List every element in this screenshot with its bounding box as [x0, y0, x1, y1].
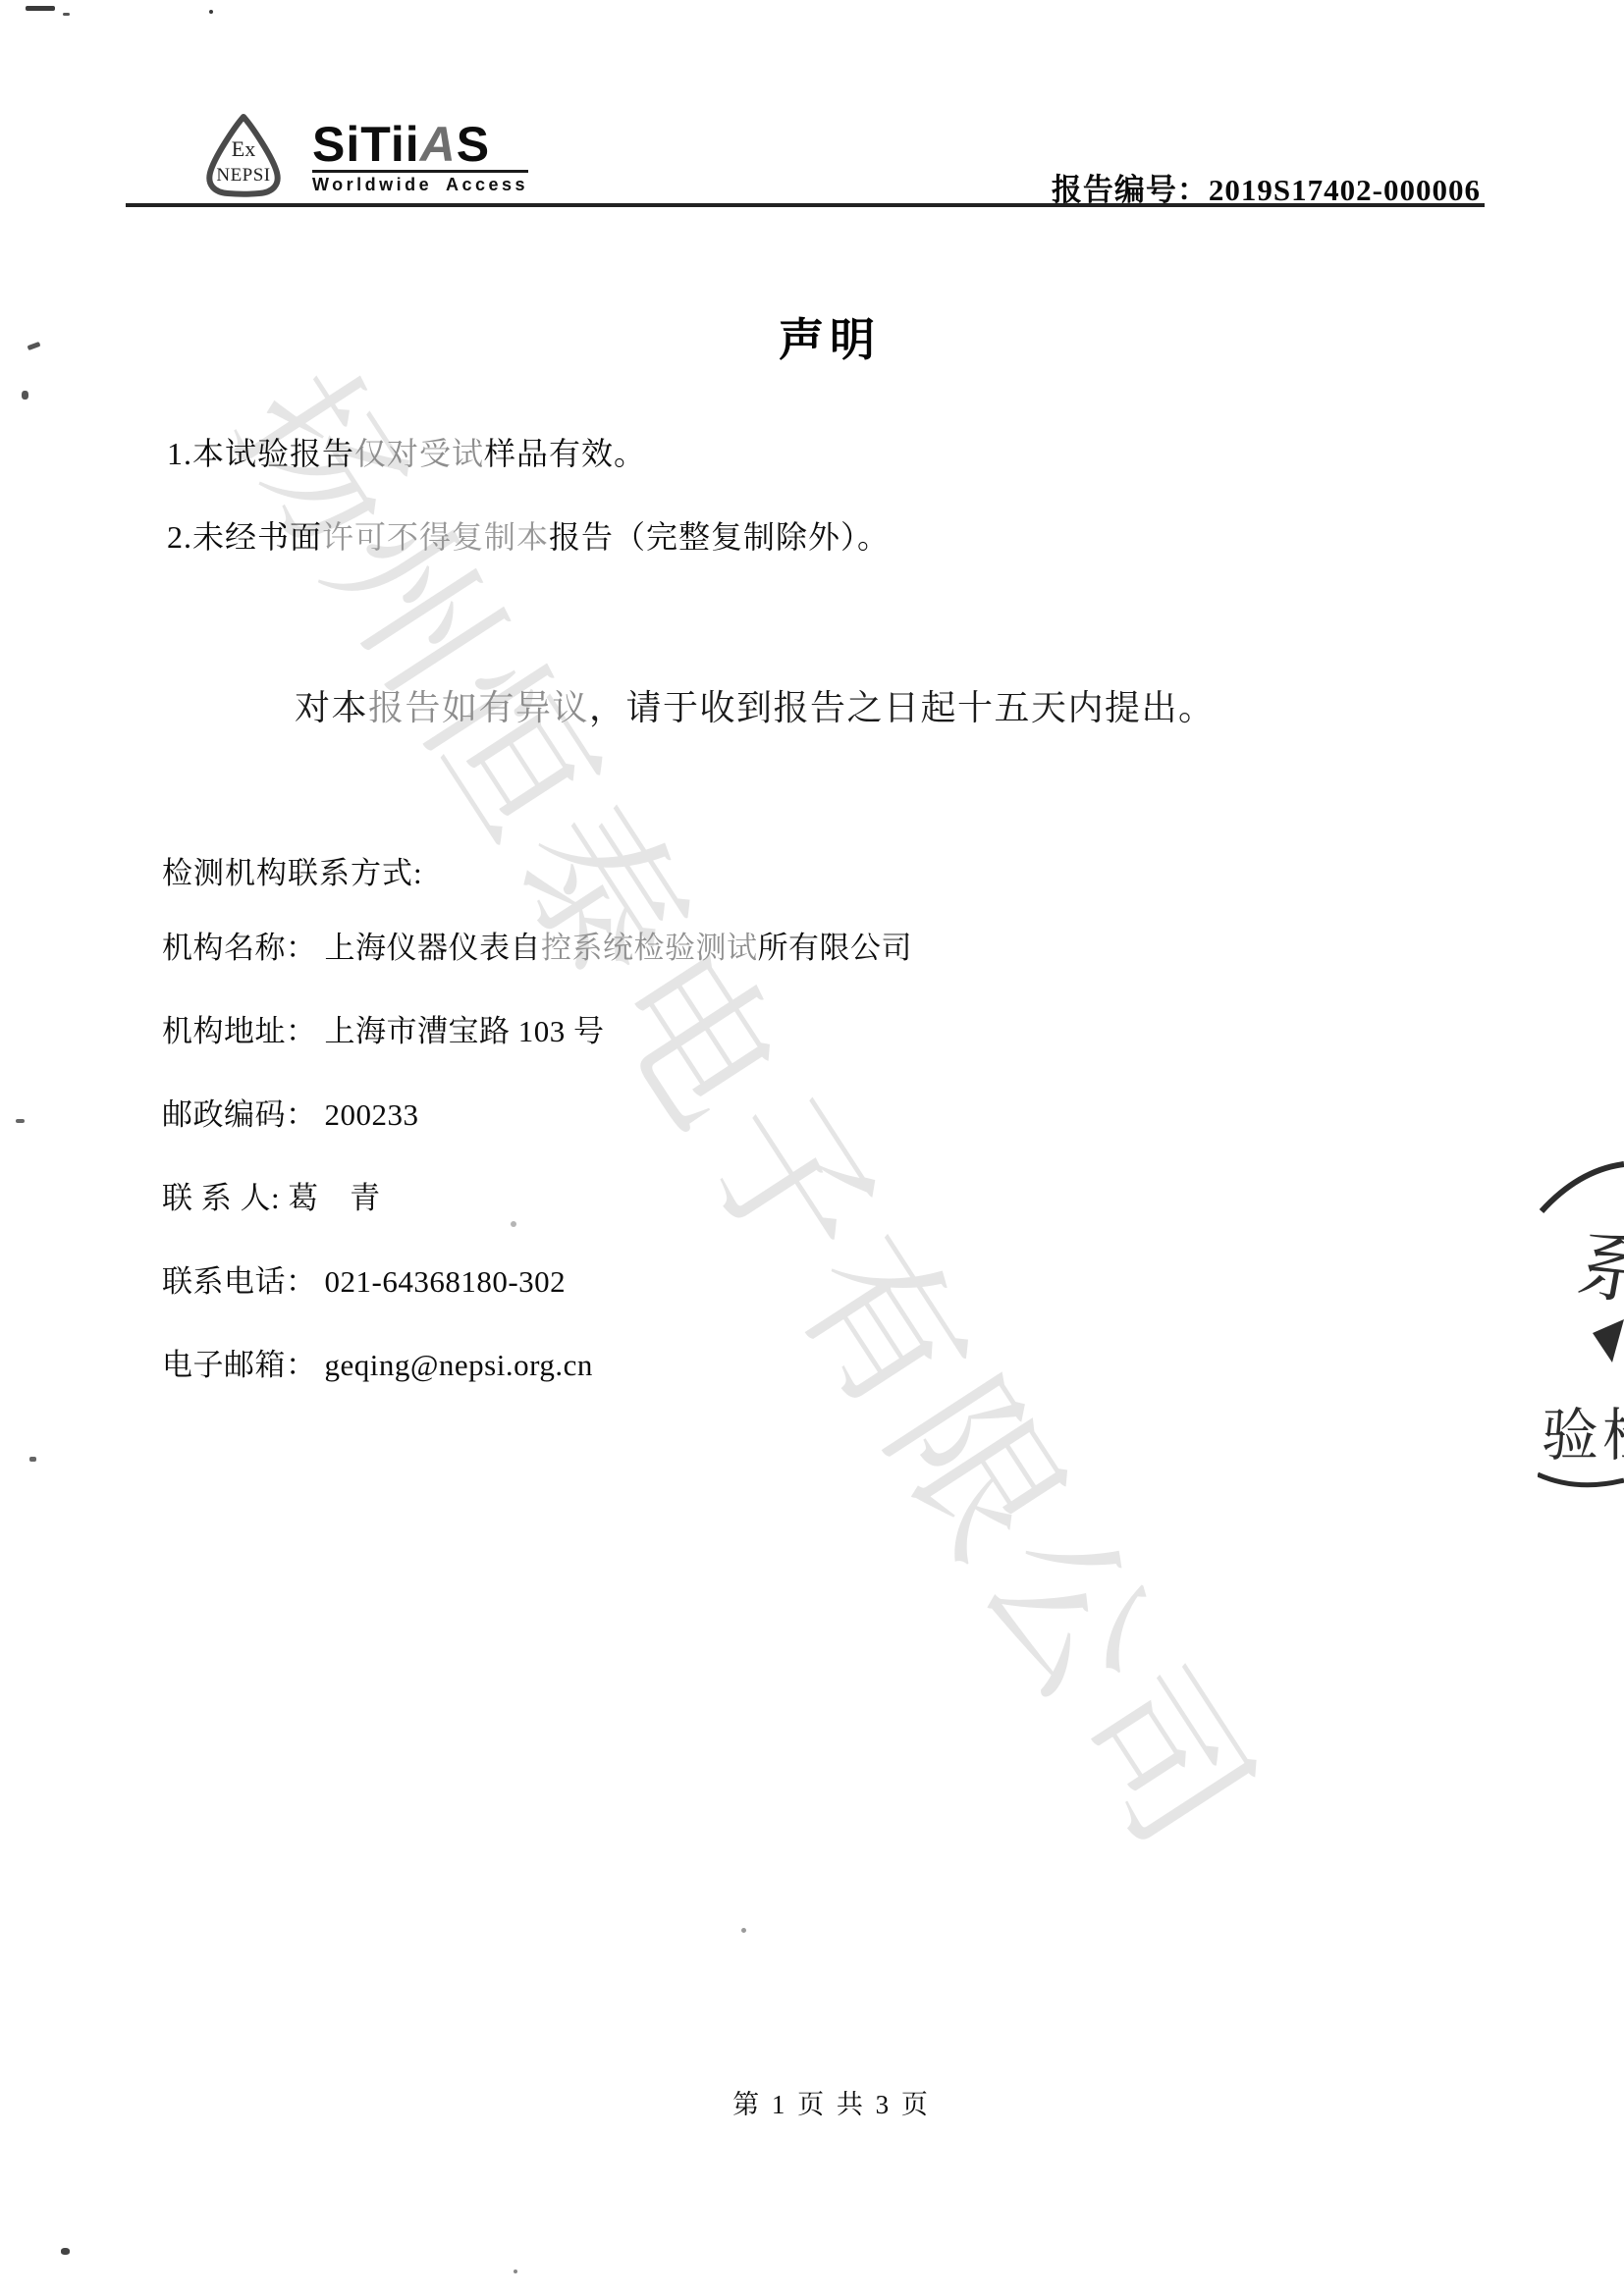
header-logo: Ex NEPSI SiTiiAS Worldwide Access: [196, 112, 528, 202]
report-declaration-page: 扬州恒泰电子有限公司 Ex NEPSI SiTiiAS Worldwide Ac…: [0, 0, 1624, 2296]
contact-heading: 检测机构联系方式:: [162, 848, 423, 892]
brand-block: SiTiiAS Worldwide Access: [312, 122, 528, 195]
contact-label: 电子邮箱：: [162, 1348, 317, 1382]
header-divider: [126, 203, 1485, 207]
brand-name: SiTiiAS: [312, 122, 528, 167]
scan-speck: [26, 6, 55, 11]
scan-speck: [209, 10, 213, 14]
scan-speck: [511, 1221, 516, 1227]
contact-row-person: 联 系 人:葛 青: [162, 1181, 912, 1216]
logo-ex-text: Ex: [232, 136, 255, 161]
contact-value: geqing@nepsi.org.cn: [325, 1348, 593, 1382]
statement-1: 1.本试验报告仅对受试样品有效。: [167, 435, 646, 472]
statement-2: 2.未经书面许可不得复制本报告（完整复制除外）。: [167, 518, 890, 556]
scan-speck: [514, 2269, 517, 2273]
contact-row-email: 电子邮箱：geqing@nepsi.org.cn: [162, 1348, 912, 1383]
contact-row-postcode: 邮政编码：200233: [162, 1097, 912, 1133]
contact-label: 机构地址：: [162, 1014, 317, 1048]
page-title: 声明: [779, 304, 881, 369]
contact-value: 200233: [325, 1097, 419, 1132]
contact-label: 机构名称：: [162, 931, 317, 965]
objection-notice: 对本报告如有异议，请于收到报告之日起十五天内提出。: [295, 680, 1216, 730]
scan-speck: [27, 342, 41, 350]
seal-glyph-fragment-bottom: 验检: [1542, 1404, 1624, 1468]
scan-speck: [61, 2248, 70, 2255]
report-number-label: 报告编号：: [1052, 173, 1209, 207]
page-footer: 第 1 页 共 3 页: [732, 2083, 931, 2121]
contact-row-phone: 联系电话：021-64368180-302: [162, 1264, 912, 1300]
report-number-value: 2019S17402-000006: [1209, 173, 1481, 207]
scan-speck: [29, 1457, 36, 1462]
brand-letter-a: A: [420, 117, 457, 172]
contact-row-address: 机构地址：上海市漕宝路 103 号: [162, 1014, 912, 1049]
brand-tagline: Worldwide Access: [312, 170, 528, 195]
contact-value: 葛 青: [288, 1181, 381, 1215]
contact-list: 机构名称：上海仪器仪表自控系统检验测试所有限公司 机构地址：上海市漕宝路 103…: [162, 931, 912, 1383]
contact-label: 联系电话：: [162, 1264, 317, 1299]
scan-speck: [16, 1119, 25, 1123]
contact-value: 上海市漕宝路 103 号: [325, 1014, 605, 1048]
seal-star-fragment: [1593, 1319, 1624, 1362]
scan-speck: [63, 13, 70, 16]
contact-value: 021-64368180-302: [325, 1264, 567, 1299]
logo-nepsi-text: NEPSI: [216, 165, 270, 186]
contact-value: 上海仪器仪表自控系统检验测试所有限公司: [325, 931, 913, 965]
contact-row-org-name: 机构名称：上海仪器仪表自控系统检验测试所有限公司: [162, 931, 912, 966]
nepsi-ex-triangle-icon: Ex NEPSI: [196, 112, 291, 202]
contact-label: 邮政编码：: [162, 1097, 317, 1132]
scan-speck: [22, 391, 28, 400]
contact-label: 联 系 人:: [162, 1181, 280, 1215]
seal-glyph-fragment-top: 系: [1572, 1220, 1624, 1317]
partial-seal-stamp: 系 验检: [1538, 1150, 1624, 1489]
scan-speck: [741, 1928, 746, 1933]
